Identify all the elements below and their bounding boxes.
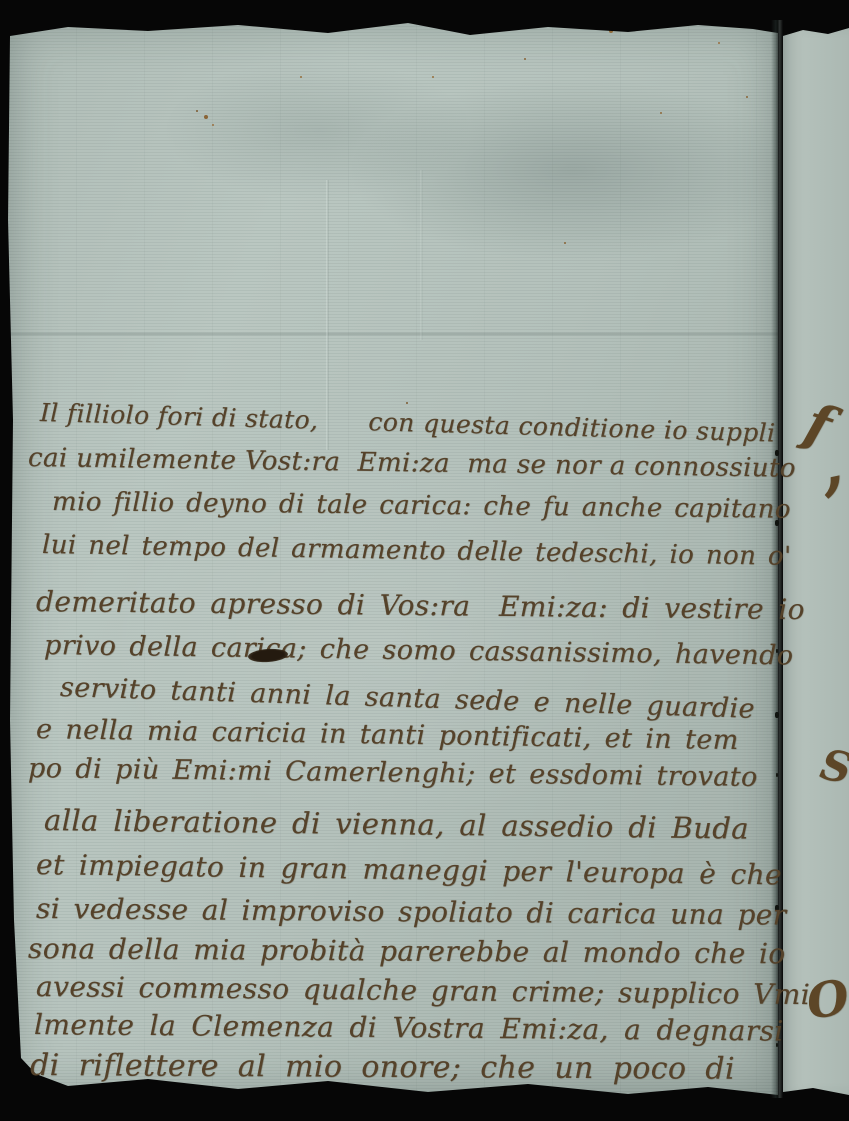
manuscript-line: cai umilemente Vost:ra Emi:za ma se nor … <box>28 443 796 484</box>
manuscript-line: si vedesse al improviso spoliato di cari… <box>36 892 787 932</box>
manuscript-line: alla liberatione di vienna, al assedio d… <box>44 803 749 846</box>
manuscript-line: et impiegato in gran maneggi per l'europ… <box>36 848 782 891</box>
manuscript-line: avessi commesso qualche gran crime; supp… <box>36 970 810 1011</box>
manuscript-line: privo della carica; che somo cassanissim… <box>44 630 794 671</box>
manuscript-scan: f , S O Il filliolo fori di stato, con q… <box>0 0 849 1121</box>
manuscript-line: Il filliolo fori di stato, con questa co… <box>40 398 776 448</box>
manuscript-line: sona della mia probità parerebbe al mond… <box>28 932 786 970</box>
manuscript-line: lui nel tempo del armamento delle tedesc… <box>42 530 792 572</box>
handwritten-text-block: Il filliolo fori di stato, con questa co… <box>0 0 849 1121</box>
manuscript-line: po di più Emi:mi Camerlenghi; et essdomi… <box>28 753 758 793</box>
manuscript-line: lmente la Clemenza di Vostra Emi:za, a d… <box>34 1008 784 1048</box>
manuscript-line: di riflettere al mio onore; che un poco … <box>30 1048 735 1087</box>
manuscript-line: mio fillio deyno di tale carica: che fu … <box>52 487 791 525</box>
manuscript-line: demeritato apresso di Vos:ra Emi:za: di … <box>36 585 805 626</box>
